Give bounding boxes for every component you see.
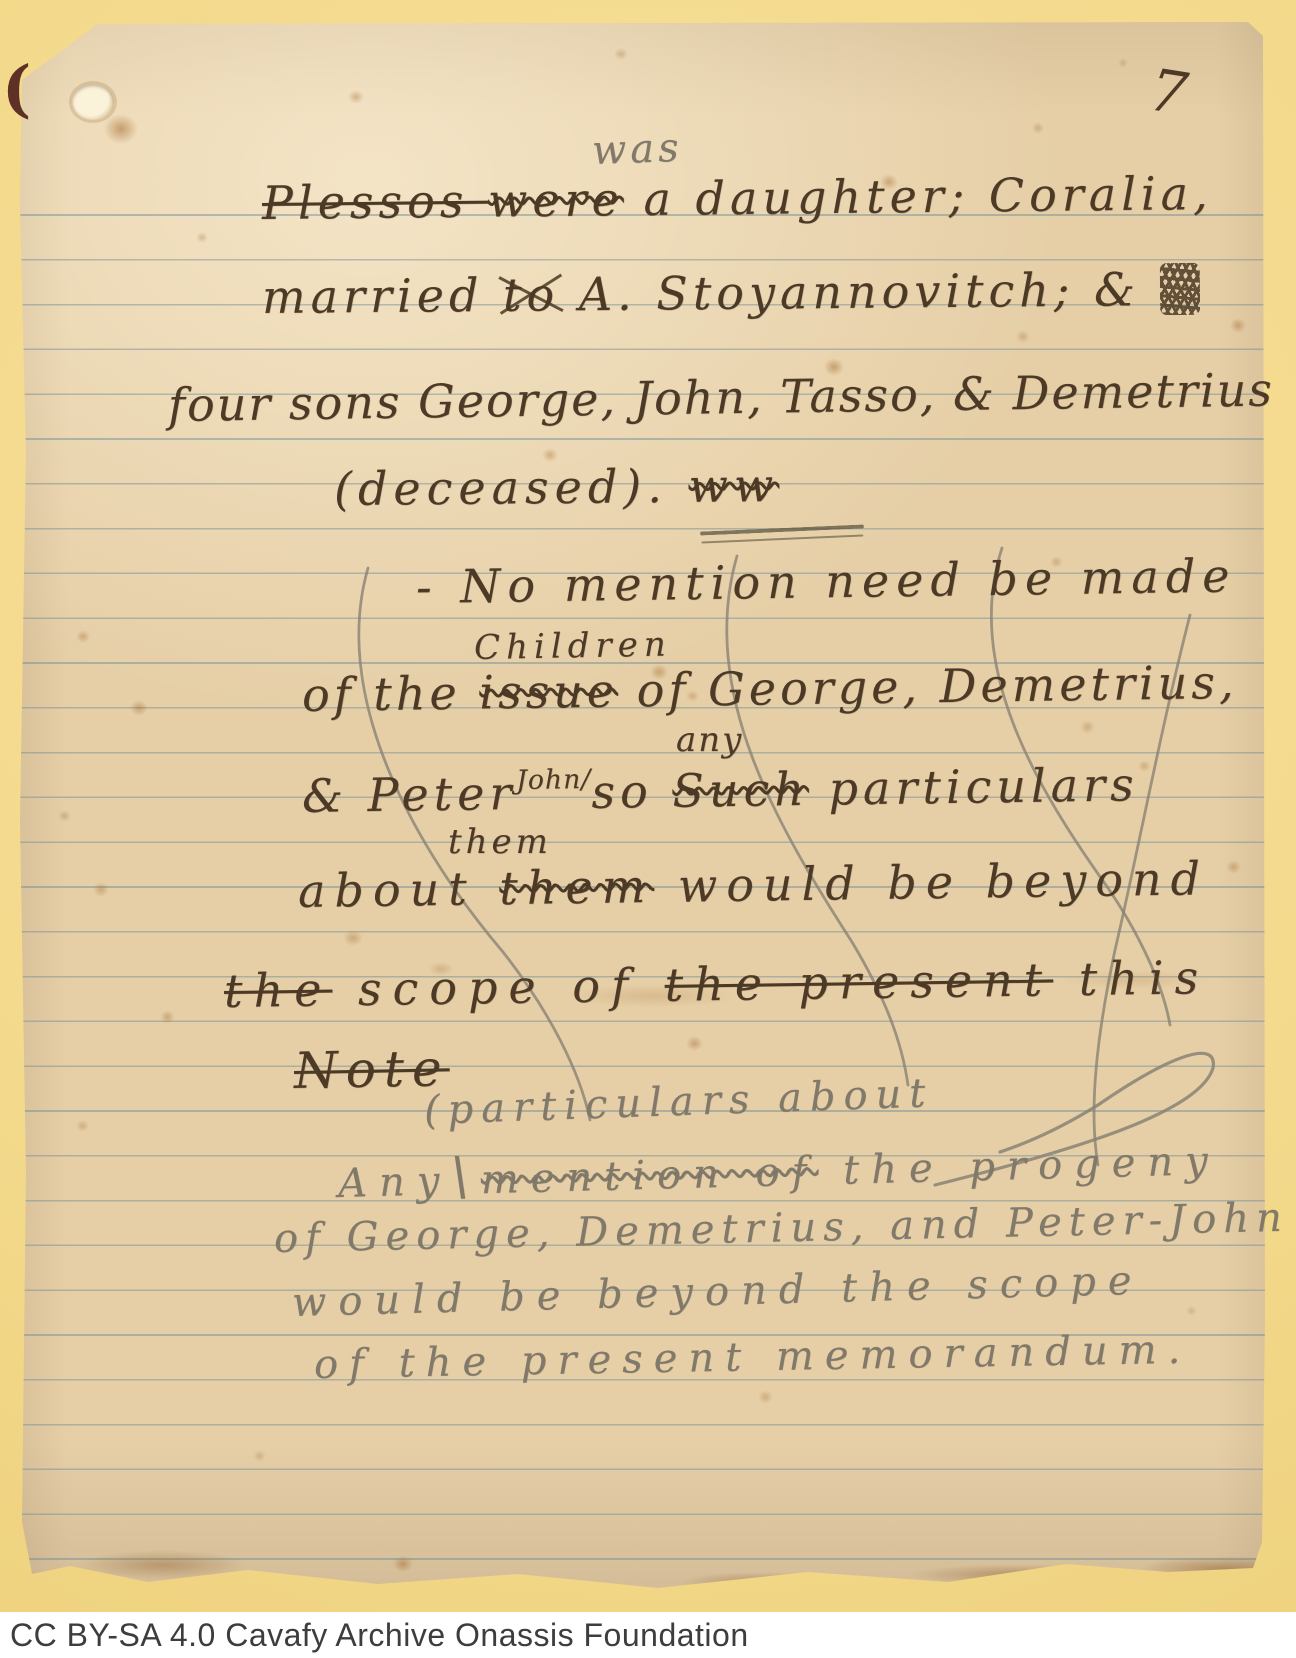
ms-line-8: about them would be beyond: [298, 851, 1210, 918]
ms-line-3: four sons George, John, Tasso, & Demetri…: [168, 363, 1275, 432]
ms-segment: & Peter: [302, 766, 517, 823]
ms-segment: four sons George, John, Tasso, & Demetri…: [168, 363, 1275, 432]
ms-segment: would be beyond the scope: [291, 1258, 1144, 1326]
ms-segment: was: [591, 125, 683, 174]
ms-segment: John/: [516, 764, 592, 796]
ms-line-p3: would be beyond the scope: [291, 1258, 1144, 1326]
ms-line-4: (deceased). ww: [334, 458, 780, 516]
attribution-text: CC BY-SA 4.0 Cavafy Archive Onassis Foun…: [0, 1612, 749, 1658]
ms-insert-any: any: [676, 720, 743, 760]
ms-segment: particulars: [809, 757, 1140, 816]
ms-segment: Children: [474, 625, 672, 668]
ms-segment: - No mention need be made: [416, 549, 1237, 614]
ms-line-p1: Any\mention of the progeny: [337, 1127, 1220, 1210]
ms-segment: to: [503, 267, 560, 321]
ms-segment: scope of: [332, 958, 665, 1017]
ms-segment: Such: [672, 762, 809, 818]
ms-segment: a daughter; Coralia,: [624, 166, 1213, 226]
ms-line-1: Plessos were a daughter; Coralia,: [262, 166, 1213, 230]
ms-segment: Any: [338, 1158, 452, 1207]
ms-segment: ww: [688, 458, 779, 513]
ms-insert-was: was: [591, 125, 683, 174]
ms-line-7: & PeterJohn/so Such particulars: [302, 756, 1139, 823]
handwriting-layer: wasPlessos were a daughter; Coralia,marr…: [0, 0, 1296, 1658]
ink-blot: [1159, 263, 1199, 315]
ms-insert-children: Children: [474, 625, 672, 668]
ms-segment: would be beyond: [654, 851, 1210, 913]
ms-segment: were: [488, 172, 624, 227]
ms-segment: them: [448, 822, 552, 862]
ms-segment: the: [224, 962, 333, 1018]
ms-segment: (particulars about: [423, 1070, 934, 1134]
ms-segment: about: [298, 861, 500, 918]
ms-segment: them: [499, 859, 655, 915]
ms-segment: of George, Demetrius,: [618, 655, 1238, 718]
ms-segment: any: [676, 720, 743, 760]
ms-segment: \: [450, 1146, 481, 1207]
ms-segment: Plessos: [262, 174, 489, 230]
ms-line-9: the scope of the present this: [224, 950, 1210, 1018]
ms-segment: of the: [302, 666, 480, 722]
ms-line-6: of the issue of George, Demetrius,: [302, 655, 1238, 722]
attribution-bar: CC BY-SA 4.0 Cavafy Archive Onassis Foun…: [0, 1612, 1296, 1658]
ms-line-2: married to A. Stoyannovitch; &: [262, 262, 1200, 324]
ms-segment: the progeny: [818, 1138, 1220, 1194]
margin-ink-mark: (: [2, 52, 31, 125]
ms-segment: married: [262, 268, 503, 324]
ms-line-5: - No mention need be made: [416, 549, 1237, 614]
ms-segment: this: [1053, 950, 1210, 1006]
ms-segment: so: [591, 764, 673, 819]
ms-segment: A. Stoyannovitch; &: [559, 262, 1160, 321]
ms-segment: mention of: [480, 1148, 819, 1203]
ms-segment: the present: [664, 952, 1053, 1011]
ms-segment: of the present memorandum.: [314, 1327, 1192, 1388]
ms-segment: issue: [479, 664, 619, 720]
ms-insert-them: them: [448, 822, 552, 862]
ms-line-p4: of the present memorandum.: [314, 1327, 1192, 1388]
ms-insert-particulars: (particulars about: [423, 1070, 934, 1134]
ms-segment: (deceased).: [334, 459, 689, 516]
